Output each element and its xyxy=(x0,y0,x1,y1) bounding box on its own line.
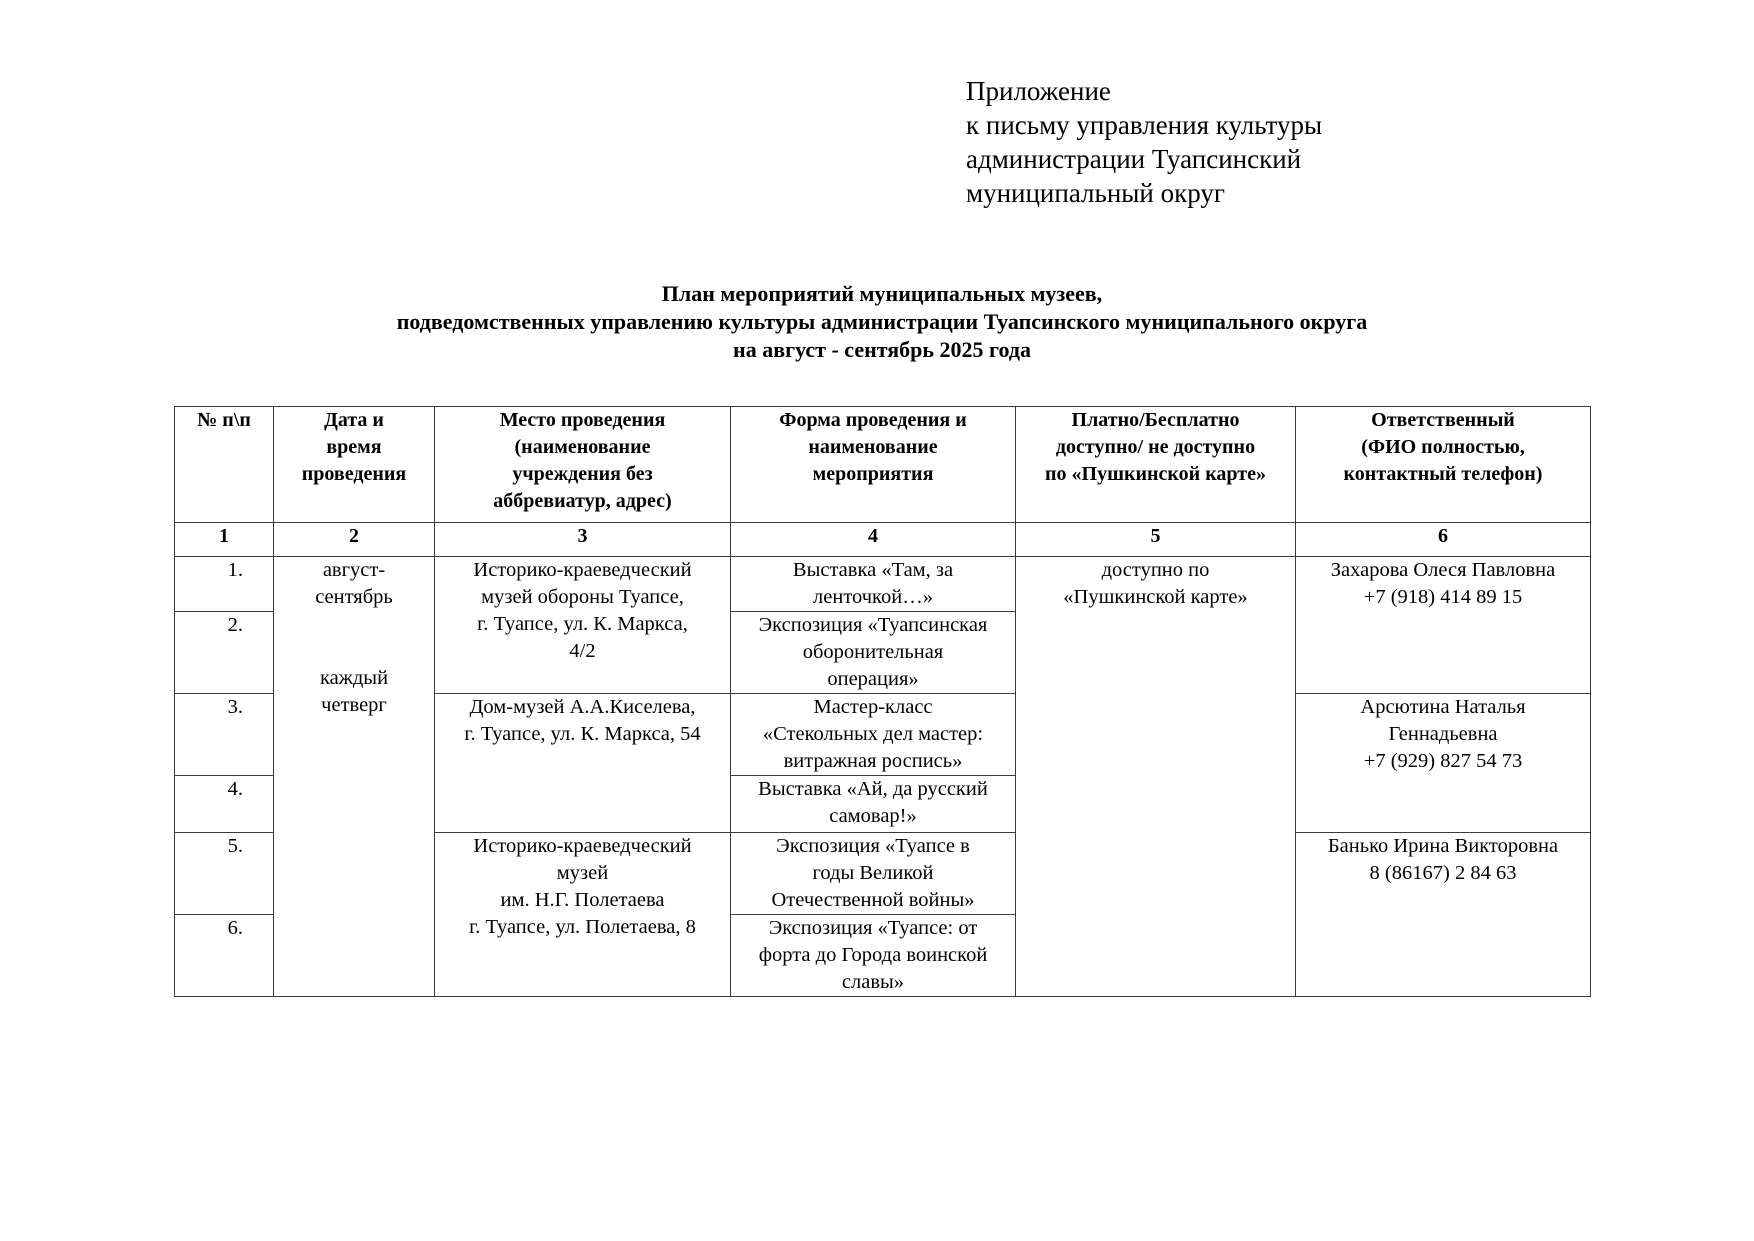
events-plan-table: № п\п Дата ивремяпроведения Место провед… xyxy=(174,406,1591,997)
event-cell: Выставка «Ай, да русскийсамовар!» xyxy=(731,776,1016,833)
text-line: Дом-музей А.А.Киселева, xyxy=(439,694,726,721)
venue-cell: Историко-краеведческиймузей обороны Туап… xyxy=(435,557,731,694)
text-line: время xyxy=(278,434,430,461)
appendix-note: Приложение к письму управления культуры … xyxy=(966,74,1322,210)
column-number: 5 xyxy=(1016,523,1296,557)
text-line: Арсютина Наталья xyxy=(1300,694,1586,721)
text-line: по «Пушкинской карте» xyxy=(1020,461,1291,488)
text-line: Выставка «Ай, да русский xyxy=(735,776,1011,803)
document-title: План мероприятий муниципальных музеев, п… xyxy=(174,280,1590,364)
venue-cell: Историко-краеведческиймузейим. Н.Г. Поле… xyxy=(435,833,731,997)
text-line: музей обороны Туапсе, xyxy=(439,584,726,611)
text-line: «Стекольных дел мастер: xyxy=(735,721,1011,748)
text-line: Захарова Олеся Павловна xyxy=(1300,557,1586,584)
event-cell: Мастер-класс«Стекольных дел мастер:витра… xyxy=(731,694,1016,776)
text-line: (наименование xyxy=(439,434,726,461)
text-line: контактный телефон) xyxy=(1300,461,1586,488)
column-number: 6 xyxy=(1296,523,1591,557)
text-line: им. Н.Г. Полетаева xyxy=(439,887,726,914)
text-line: № п\п xyxy=(179,407,269,434)
event-cell: Экспозиция «Туапсе: отфорта до Города во… xyxy=(731,915,1016,997)
text-line: витражная роспись» xyxy=(735,748,1011,775)
responsible-cell: Банько Ирина Викторовна8 (86167) 2 84 63 xyxy=(1296,833,1591,997)
header-responsible: Ответственный(ФИО полностью,контактный т… xyxy=(1296,407,1591,523)
text-line: операция» xyxy=(735,666,1011,693)
text-line: +7 (929) 827 54 73 xyxy=(1300,748,1586,775)
text-line: четверг xyxy=(278,692,430,719)
text-line: ленточкой…» xyxy=(735,584,1011,611)
row-number: 2. xyxy=(175,612,274,694)
row-number: 1. xyxy=(175,557,274,612)
text-line: 8 (86167) 2 84 63 xyxy=(1300,860,1586,887)
text-line: Дата и xyxy=(278,407,430,434)
row-number: 4. xyxy=(175,776,274,833)
event-cell: Экспозиция «Туапсинскаяоборонительнаяопе… xyxy=(731,612,1016,694)
title-line: подведомственных управлению культуры адм… xyxy=(174,308,1590,336)
text-line: аббревиатур, адрес) xyxy=(439,488,726,515)
text-line: Экспозиция «Туапсе: от xyxy=(735,915,1011,942)
text-line: оборонительная xyxy=(735,639,1011,666)
text-line: наименование xyxy=(735,434,1011,461)
appendix-line: администрации Туапсинский xyxy=(966,142,1322,176)
text-line: Выставка «Там, за xyxy=(735,557,1011,584)
column-number: 1 xyxy=(175,523,274,557)
text-line: Историко-краеведческий xyxy=(439,557,726,584)
text-line: 4/2 xyxy=(439,638,726,665)
text-line: каждый xyxy=(278,665,430,692)
venue-cell: Дом-музей А.А.Киселева,г. Туапсе, ул. К.… xyxy=(435,694,731,833)
text-line: +7 (918) 414 89 15 xyxy=(1300,584,1586,611)
text-line: Отечественной войны» xyxy=(735,887,1011,914)
text-line: Платно/Бесплатно xyxy=(1020,407,1291,434)
text-line: годы Великой xyxy=(735,860,1011,887)
text-line: Форма проведения и xyxy=(735,407,1011,434)
text-line: Банько Ирина Викторовна xyxy=(1300,833,1586,860)
row-number: 3. xyxy=(175,694,274,776)
date-cell: август-сентябрь каждыйчетверг xyxy=(274,557,435,997)
table-row: 1. август-сентябрь каждыйчетверг Историк… xyxy=(175,557,1591,612)
text-line: доступно/ не доступно xyxy=(1020,434,1291,461)
row-number: 5. xyxy=(175,833,274,915)
event-cell: Выставка «Там, заленточкой…» xyxy=(731,557,1016,612)
responsible-cell: Арсютина НатальяГеннадьевна+7 (929) 827 … xyxy=(1296,694,1591,833)
text-line: г. Туапсе, ул. Полетаева, 8 xyxy=(439,914,726,941)
responsible-cell: Захарова Олеся Павловна+7 (918) 414 89 1… xyxy=(1296,557,1591,694)
appendix-line: Приложение xyxy=(966,74,1322,108)
text-line: Экспозиция «Туапсинская xyxy=(735,612,1011,639)
title-line: План мероприятий муниципальных музеев, xyxy=(174,280,1590,308)
payment-cell: доступно по«Пушкинской карте» xyxy=(1016,557,1296,997)
header-venue: Место проведения(наименованиеучреждения … xyxy=(435,407,731,523)
appendix-line: к письму управления культуры xyxy=(966,108,1322,142)
header-row: № п\п Дата ивремяпроведения Место провед… xyxy=(175,407,1591,523)
header-number: № п\п xyxy=(175,407,274,523)
text-line: мероприятия xyxy=(735,461,1011,488)
text-line: Мастер-класс xyxy=(735,694,1011,721)
text-line: сентябрь xyxy=(278,584,430,611)
text-line: доступно по xyxy=(1020,557,1291,584)
header-payment: Платно/Бесплатнодоступно/ не доступнопо … xyxy=(1016,407,1296,523)
column-number: 3 xyxy=(435,523,731,557)
header-date: Дата ивремяпроведения xyxy=(274,407,435,523)
text-line: Геннадьевна xyxy=(1300,721,1586,748)
text-line: проведения xyxy=(278,461,430,488)
event-cell: Экспозиция «Туапсе вгоды ВеликойОтечеств… xyxy=(731,833,1016,915)
text-line: «Пушкинской карте» xyxy=(1020,584,1291,611)
column-number-row: 1 2 3 4 5 6 xyxy=(175,523,1591,557)
text-line: август- xyxy=(278,557,430,584)
text-line: учреждения без xyxy=(439,461,726,488)
row-number: 6. xyxy=(175,915,274,997)
text-line: музей xyxy=(439,860,726,887)
text-line: Экспозиция «Туапсе в xyxy=(735,833,1011,860)
text-line: славы» xyxy=(735,969,1011,996)
text-line: Историко-краеведческий xyxy=(439,833,726,860)
text-line: Место проведения xyxy=(439,407,726,434)
appendix-line: муниципальный округ xyxy=(966,176,1322,210)
column-number: 4 xyxy=(731,523,1016,557)
text-line: Ответственный xyxy=(1300,407,1586,434)
column-number: 2 xyxy=(274,523,435,557)
text-line: форта до Города воинской xyxy=(735,942,1011,969)
text-line: самовар!» xyxy=(735,803,1011,830)
title-line: на август - сентябрь 2025 года xyxy=(174,336,1590,364)
text-line: (ФИО полностью, xyxy=(1300,434,1586,461)
header-event: Форма проведения инаименованиемероприяти… xyxy=(731,407,1016,523)
text-line: г. Туапсе, ул. К. Маркса, xyxy=(439,611,726,638)
text-line: г. Туапсе, ул. К. Маркса, 54 xyxy=(439,721,726,748)
